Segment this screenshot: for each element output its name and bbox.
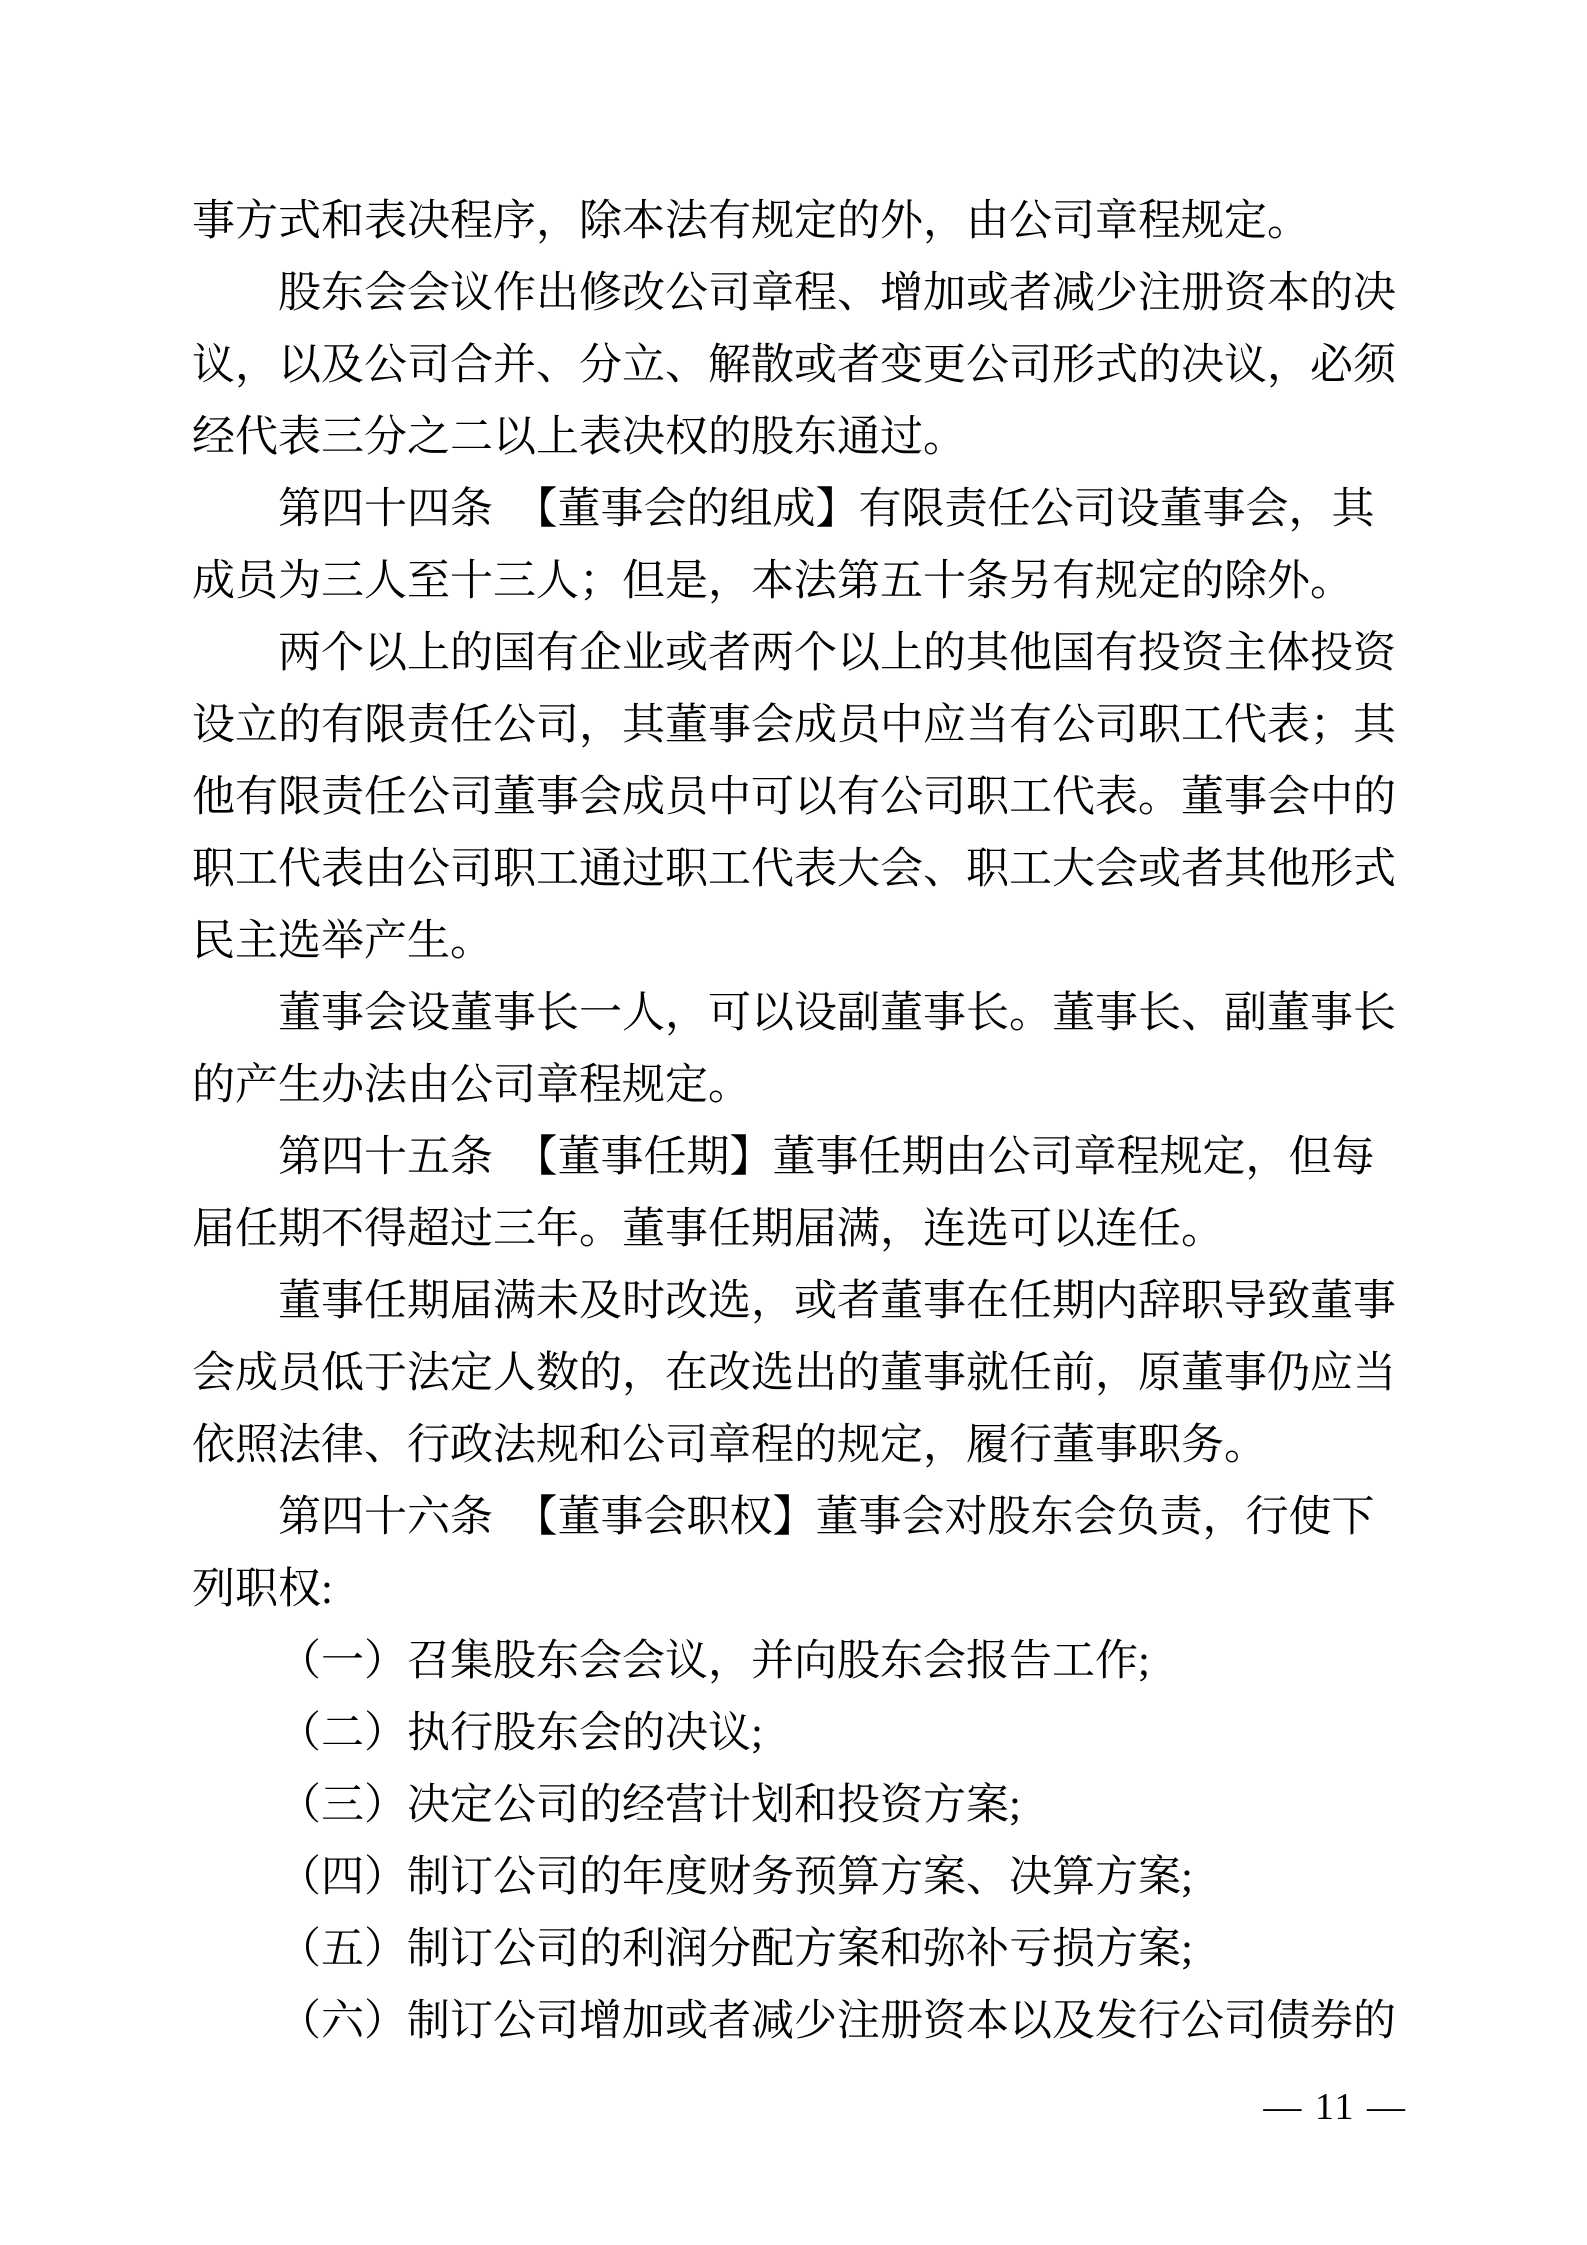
text-line: 董事任期届满未及时改选，或者董事在任期内辞职导致董事 [192,1266,1407,1338]
text-line: 会成员低于法定人数的，在改选出的董事就任前，原董事仍应当 [192,1338,1407,1410]
text-block: 事方式和表决程序，除本法有规定的外，由公司章程规定。 股东会会议作出修改公司章程… [192,186,1407,2058]
text-line-item-2: （二）执行股东会的决议; [192,1698,1407,1770]
text-line: 民主选举产生。 [192,906,1407,978]
text-line: 职工代表由公司职工通过职工代表大会、职工大会或者其他形式 [192,834,1407,906]
text-line-item-1: （一）召集股东会会议，并向股东会报告工作; [192,1626,1407,1698]
text-line: 董事会设董事长一人，可以设副董事长。董事长、副董事长 [192,978,1407,1050]
text-line-article-44: 第四十四条 【董事会的组成】有限责任公司设董事会，其 [192,474,1407,546]
text-line: 依照法律、行政法规和公司章程的规定，履行董事职务。 [192,1410,1407,1482]
text-line-item-3: （三）决定公司的经营计划和投资方案; [192,1770,1407,1842]
text-line: 他有限责任公司董事会成员中可以有公司职工代表。董事会中的 [192,762,1407,834]
text-line-item-4: （四）制订公司的年度财务预算方案、决算方案; [192,1842,1407,1914]
text-line: 股东会会议作出修改公司章程、增加或者减少注册资本的决 [192,258,1407,330]
text-line-item-5: （五）制订公司的利润分配方案和弥补亏损方案; [192,1914,1407,1986]
text-line: 事方式和表决程序，除本法有规定的外，由公司章程规定。 [192,186,1407,258]
page-number: — 11 — [192,2078,1407,2136]
text-line-article-45: 第四十五条 【董事任期】董事任期由公司章程规定，但每 [192,1122,1407,1194]
text-line: 议，以及公司合并、分立、解散或者变更公司形式的决议，必须 [192,330,1407,402]
text-line-item-6: （六）制订公司增加或者减少注册资本以及发行公司债券的 [192,1986,1407,2058]
text-line: 设立的有限责任公司，其董事会成员中应当有公司职工代表；其 [192,690,1407,762]
document-page: 事方式和表决程序，除本法有规定的外，由公司章程规定。 股东会会议作出修改公司章程… [0,0,1587,2245]
text-line: 列职权: [192,1554,1407,1626]
text-line: 两个以上的国有企业或者两个以上的其他国有投资主体投资 [192,618,1407,690]
text-line: 届任期不得超过三年。董事任期届满，连选可以连任。 [192,1194,1407,1266]
text-line: 的产生办法由公司章程规定。 [192,1050,1407,1122]
text-line: 成员为三人至十三人；但是，本法第五十条另有规定的除外。 [192,546,1407,618]
text-line: 经代表三分之二以上表决权的股东通过。 [192,402,1407,474]
text-line-article-46: 第四十六条 【董事会职权】董事会对股东会负责，行使下 [192,1482,1407,1554]
